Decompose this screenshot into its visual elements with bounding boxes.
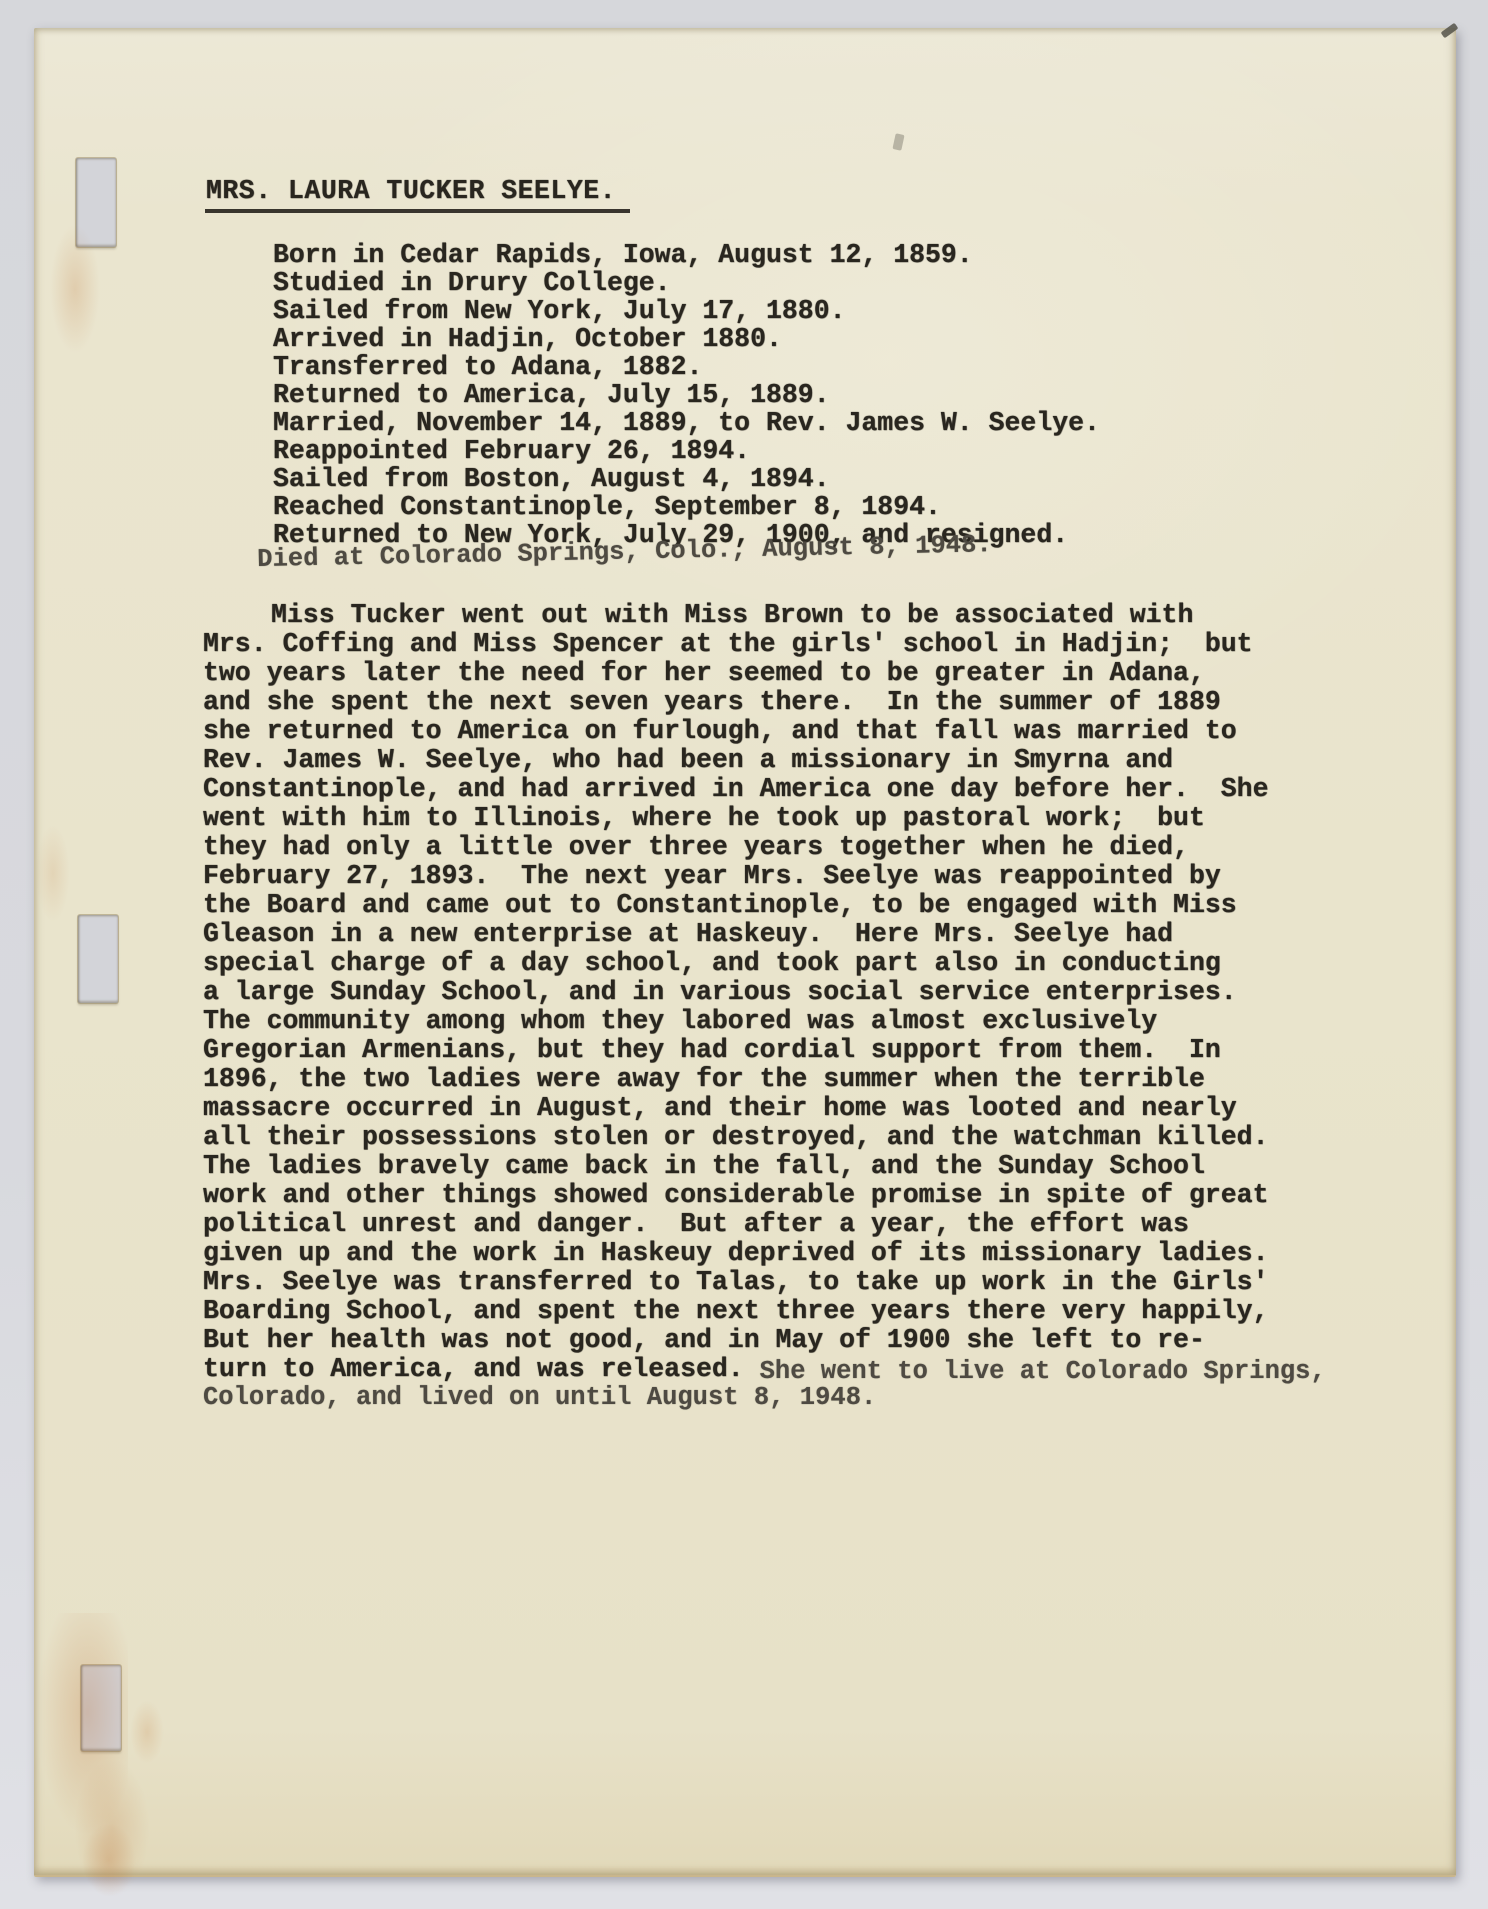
rust-stain [74,1758,150,1898]
ink-smudge [892,133,904,151]
timeline-item: Sailed from New York, July 17, 1880. [273,296,1100,324]
paragraph-line: all their possessions stolen or destroye… [203,1122,1326,1151]
corner-nick [1441,23,1459,39]
paragraph-line: and she spent the next seven years there… [203,687,1326,716]
timeline-item: Arrived in Hadjin, October 1880. [273,324,1100,352]
paragraph-line: Boarding School, and spent the next thre… [203,1296,1326,1325]
paragraph-line: Gregorian Armenians, but they had cordia… [203,1035,1326,1064]
paragraph-line: went with him to Illinois, where he took… [203,803,1326,832]
paragraph-line: But her health was not good, and in May … [203,1325,1326,1354]
punch-hole-bottom [81,1665,121,1751]
timeline-list: Born in Cedar Rapids, Iowa, August 12, 1… [273,240,1100,548]
rust-stain [130,1700,164,1764]
timeline-item: Married, November 14, 1889, to Rev. Jame… [273,408,1100,436]
rust-stain [82,1823,136,1897]
document-page: MRS. LAURA TUCKER SEELYE. Born in Cedar … [34,28,1456,1877]
paragraph-line: February 27, 1893. The next year Mrs. Se… [203,861,1326,890]
biography-paragraph: Miss Tucker went out with Miss Brown to … [203,600,1326,1412]
paragraph-line: Gleason in a new enterprise at Haskeuy. … [203,919,1326,948]
paragraph-line-mixed: turn to America, and was released. She w… [203,1354,1326,1383]
paragraph-closing-added-line: Colorado, and lived on until August 8, 1… [203,1383,1326,1412]
paragraph-line: political unrest and danger. But after a… [203,1209,1326,1238]
paragraph-line: two years later the need for her seemed … [203,658,1326,687]
scan-background: MRS. LAURA TUCKER SEELYE. Born in Cedar … [0,0,1488,1909]
paragraph-line: Constantinople, and had arrived in Ameri… [203,774,1326,803]
timeline-item: Reappointed February 26, 1894. [273,436,1100,464]
paragraph-line: the Board and came out to Constantinople… [203,890,1326,919]
punch-hole-middle [78,915,118,1003]
rust-stain [36,823,70,923]
timeline-item: Transferred to Adana, 1882. [273,352,1100,380]
paragraph-line: Mrs. Coffing and Miss Spencer at the gir… [203,629,1326,658]
paragraph-line: Mrs. Seelye was transferred to Talas, to… [203,1267,1326,1296]
paragraph-line: Miss Tucker went out with Miss Brown to … [203,600,1326,629]
punch-hole-top [76,158,116,247]
timeline-item: Studied in Drury College. [273,268,1100,296]
timeline-item: Born in Cedar Rapids, Iowa, August 12, 1… [273,240,1100,268]
paragraph-line: 1896, the two ladies were away for the s… [203,1064,1326,1093]
paragraph-line-added-part: She went to live at Colorado Springs, [760,1357,1326,1386]
document-title: MRS. LAURA TUCKER SEELYE. [205,176,630,213]
paragraph-line: they had only a little over three years … [203,832,1326,861]
timeline-item: Sailed from Boston, August 4, 1894. [273,464,1100,492]
paragraph-line: given up and the work in Haskeuy deprive… [203,1238,1326,1267]
paragraph-line: special charge of a day school, and took… [203,948,1326,977]
paragraph-line-original-part: turn to America, and was released. [203,1354,760,1384]
paragraph-line: work and other things showed considerabl… [203,1180,1326,1209]
paragraph-line: massacre occurred in August, and their h… [203,1093,1326,1122]
paragraph-line: The ladies bravely came back in the fall… [203,1151,1326,1180]
paragraph-line: The community among whom they labored wa… [203,1006,1326,1035]
timeline-item: Reached Constantinople, September 8, 189… [273,492,1100,520]
paragraph-line: a large Sunday School, and in various so… [203,977,1326,1006]
paragraph-line: Rev. James W. Seelye, who had been a mis… [203,745,1326,774]
paragraph-line: she returned to America on furlough, and… [203,716,1326,745]
timeline-item: Returned to America, July 15, 1889. [273,380,1100,408]
